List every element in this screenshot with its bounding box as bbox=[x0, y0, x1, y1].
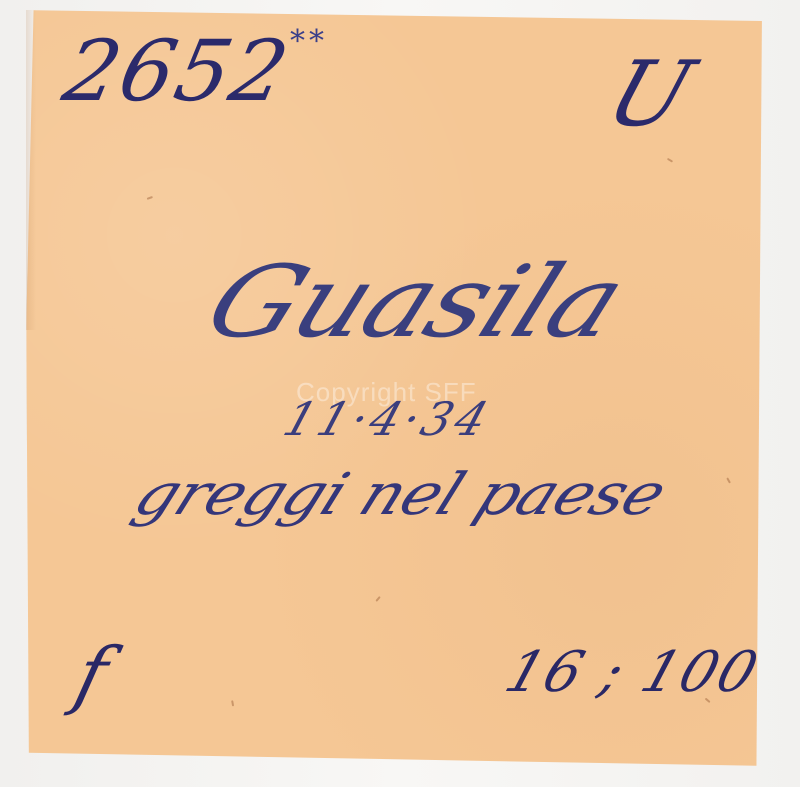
star-marks: ** bbox=[290, 24, 328, 59]
catalog-number: 2652 bbox=[56, 22, 299, 120]
paper-speck bbox=[726, 477, 731, 483]
date-text: 11·4·34 bbox=[277, 392, 498, 446]
paper-speck bbox=[375, 596, 380, 602]
paper-speck bbox=[147, 196, 153, 200]
scan-background: 2652 ** U Guasila Copyright SFF 11·4·34 … bbox=[0, 0, 800, 787]
paper-speck bbox=[231, 700, 234, 706]
bottom-right-ratio: 16 ; 100 bbox=[497, 640, 767, 705]
location-title: Guasila bbox=[191, 244, 640, 359]
paper-fold-edge bbox=[26, 10, 36, 330]
note-text: greggi nel paese bbox=[125, 462, 676, 529]
paper-speck bbox=[667, 158, 673, 163]
